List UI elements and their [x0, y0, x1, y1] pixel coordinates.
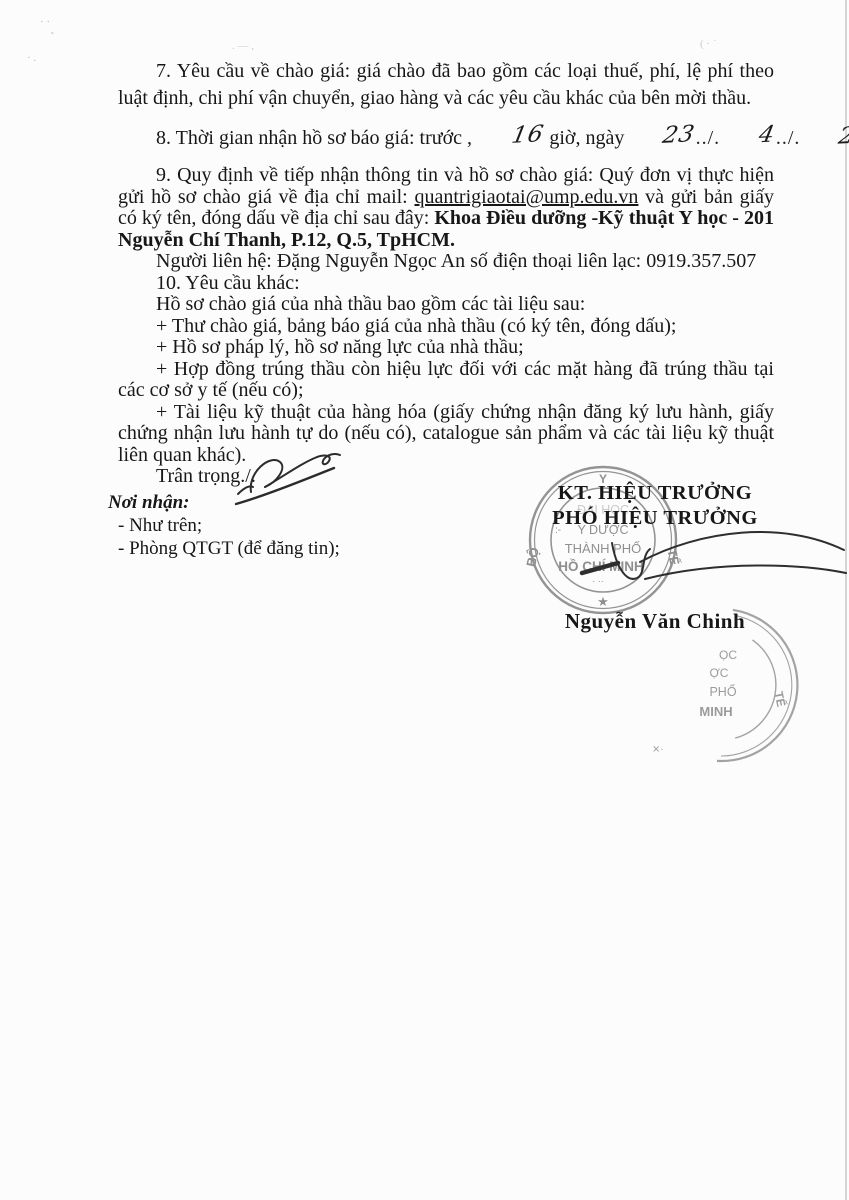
p8-printed-prefix: 8. Thời gian nhận hồ sơ báo giá: trước — [156, 127, 462, 149]
recipient-item: - Phòng QTGT (để đăng tin); — [118, 537, 774, 560]
scan-speck: . — , — [232, 40, 254, 52]
stamp-mark: ⨯· — [652, 744, 664, 755]
p8-dot-leader: ../. — [696, 127, 721, 149]
partial-stamp-frag-oc: ỌC — [719, 648, 737, 662]
p8-printed-middle: giờ, ngày — [549, 127, 624, 149]
scanned-document-page: · · ˚ · . . — , ( · ˙ Y BỘ TẾ ĐẠI HỌC :-… — [0, 0, 849, 1200]
paragraph-8: 8. Thời gian nhận hồ sơ báo giá: trước ,… — [118, 125, 774, 150]
stamp-star-icon: ★ — [597, 594, 609, 609]
paragraph-9: 9. Quy định về tiếp nhận thông tin và hồ… — [118, 165, 774, 251]
stamp-line-ho-chi-minh: HỒ CHÍ MINH — [558, 559, 644, 574]
paragraph-10-intro: Hồ sơ chào giá của nhà thầu bao gồm các … — [118, 294, 774, 316]
signer-role-line2: PHÓ HIỆU TRƯỞNG — [525, 506, 785, 531]
contact-line: Người liên hệ: Đặng Nguyễn Ngọc An số đi… — [118, 251, 774, 273]
handwritten-month: 4 — [719, 123, 778, 150]
handwritten-day: 23 — [623, 122, 698, 150]
partial-stamp-frag-minh: MINH — [699, 704, 732, 719]
scan-speck: ( · ˙ — [700, 38, 717, 50]
paragraph-10-heading: 10. Yêu cầu khác: — [118, 273, 774, 295]
stamp-mark: · ·· — [592, 576, 604, 586]
requirement-item: + Tài liệu kỹ thuật của hàng hóa (giấy c… — [118, 402, 774, 467]
partial-stamp-frag-pho: PHỐ — [709, 684, 736, 699]
signer-name: Nguyễn Văn Chinh — [525, 609, 785, 634]
handwritten-year: 2025 — [798, 121, 849, 150]
partial-stamp-ring-frag-te: TẾ — [771, 690, 789, 708]
email-address: quantrigiaotai@ump.edu.vn — [415, 186, 639, 208]
requirement-item: + Thư chào giá, bảng báo giá của nhà thầ… — [118, 316, 774, 338]
signature-title-block: KT. HIỆU TRƯỞNG PHÓ HIỆU TRƯỞNG — [525, 481, 785, 531]
scan-speck: · · — [40, 16, 50, 28]
signer-role-line1: KT. HIỆU TRƯỞNG — [525, 481, 785, 506]
partial-stamp-frag-uoc: ỢC — [710, 666, 729, 680]
scan-speck: ˚ — [45, 30, 56, 42]
scan-speck: · . — [27, 52, 36, 64]
scan-edge-line — [845, 0, 847, 1200]
handwritten-hour: 16 — [471, 122, 546, 150]
paragraph-7: 7. Yêu cầu về chào giá: giá chào đã bao … — [118, 58, 774, 112]
requirement-item: + Hợp đồng trúng thầu còn hiệu lực đối v… — [118, 359, 774, 402]
requirement-item: + Hồ sơ pháp lý, hồ sơ năng lực của nhà … — [118, 337, 774, 359]
p8-dot-leader: ../. — [776, 127, 801, 149]
